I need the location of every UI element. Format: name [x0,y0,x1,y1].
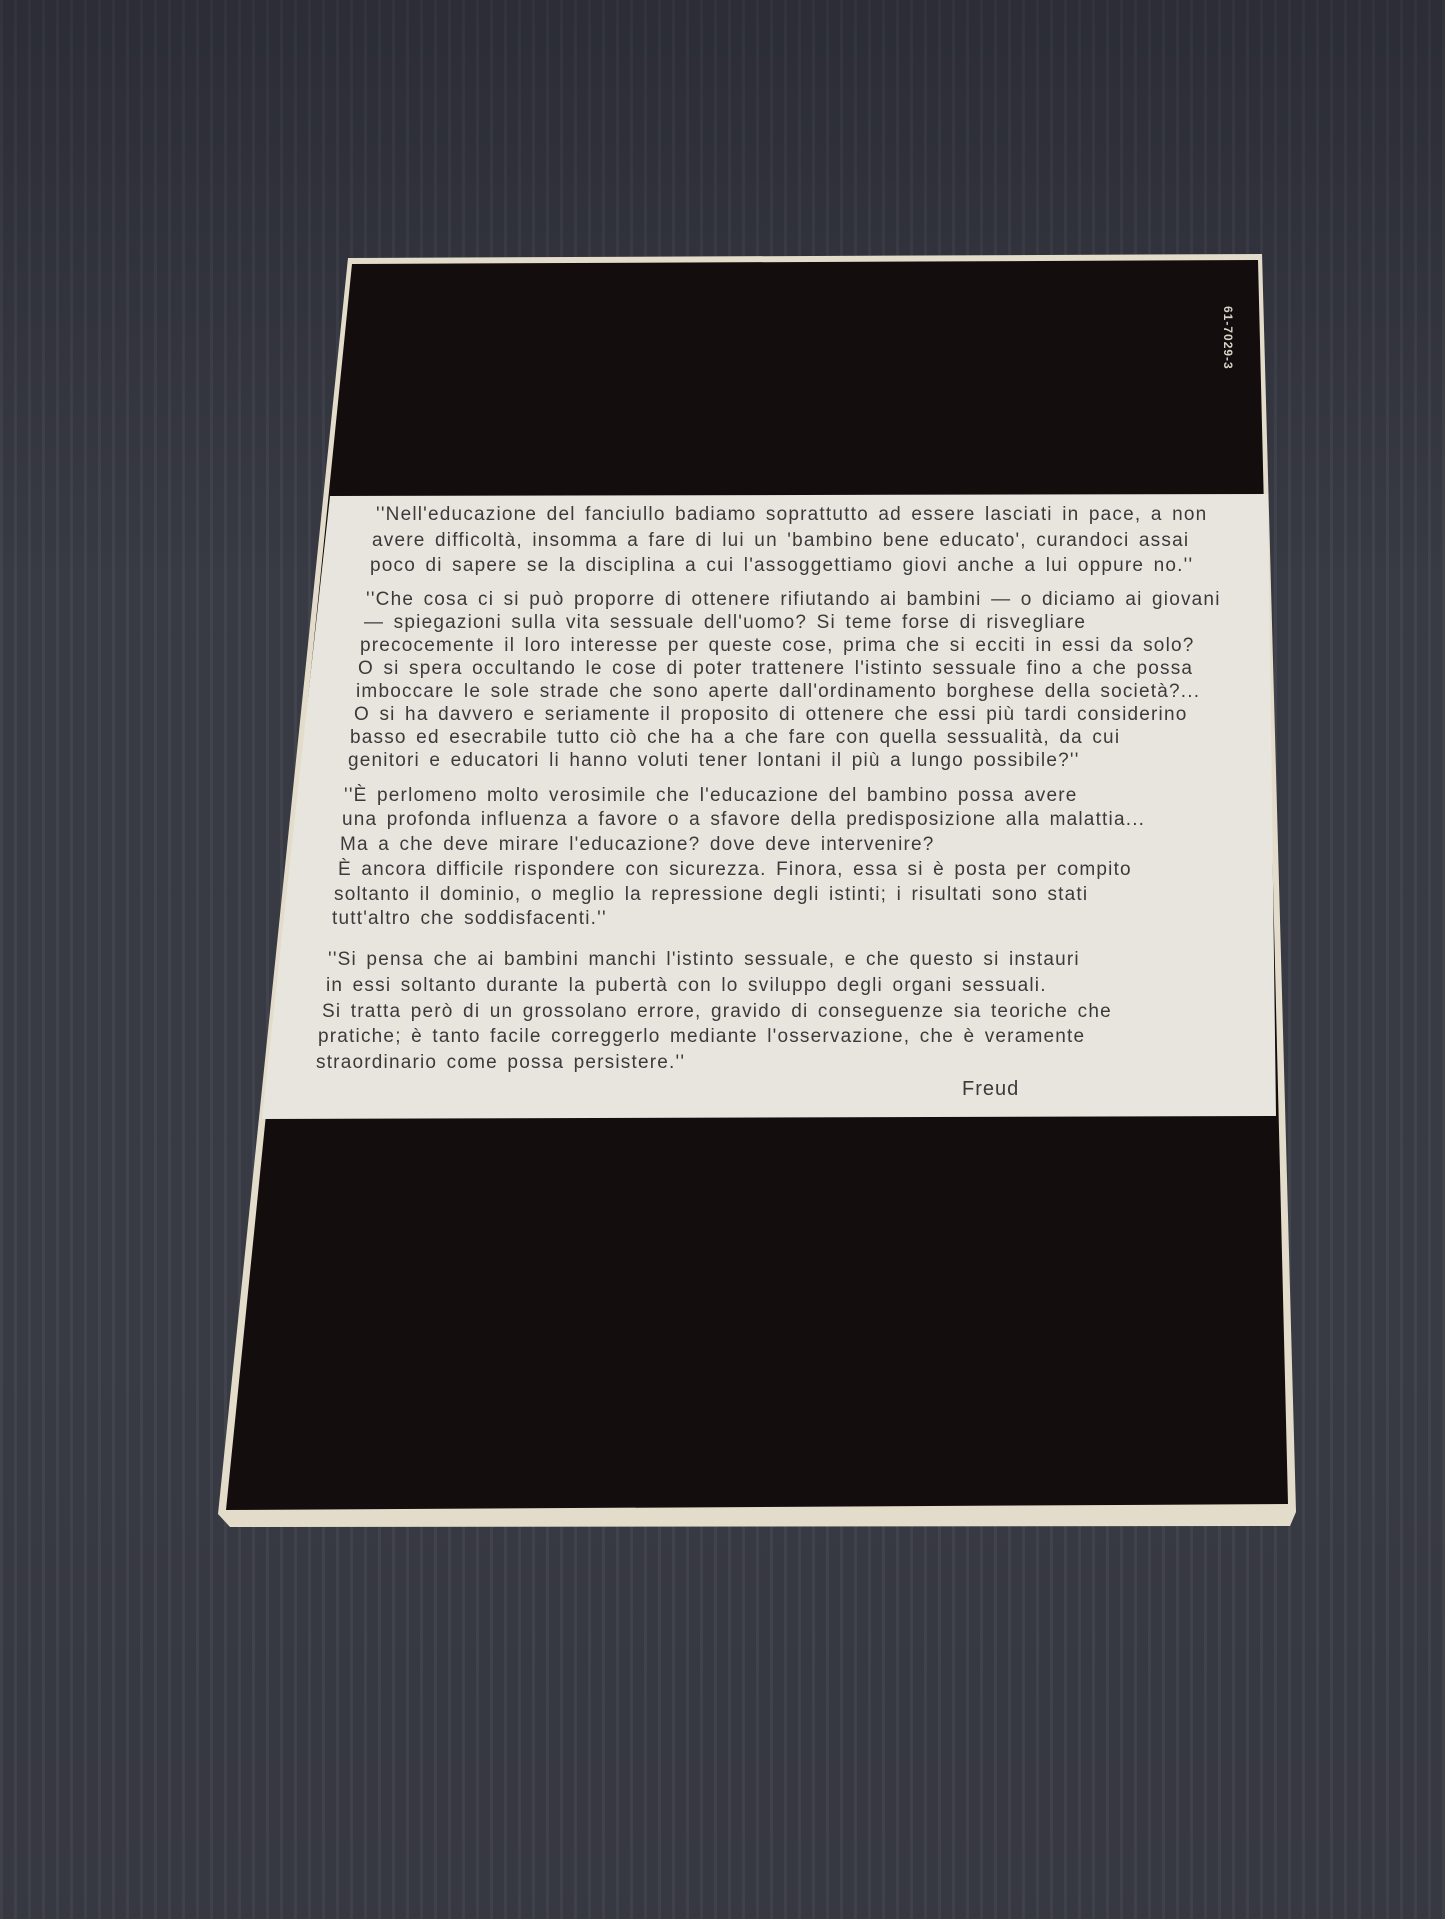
quote-line: — spiegazioni sulla vita sessuale dell'u… [364,612,1086,634]
quote-text-block: ''Nell'educazione del fanciullo badiamo … [0,0,1445,1919]
quote-line: È ancora difficile rispondere con sicure… [338,859,1132,881]
quote-line: precocemente il loro interesse per quest… [360,635,1195,657]
quote-line: straordinario come possa persistere.'' [316,1052,685,1074]
quote-line: genitori e educatori li hanno voluti ten… [348,750,1080,772]
quote-line: O si spera occultando le cose di poter t… [358,658,1193,680]
quote-line: basso ed esecrabile tutto ciò che ha a c… [350,727,1120,749]
quote-line: ''È perlomeno molto verosimile che l'edu… [344,785,1078,807]
quote-line: tutt'altro che soddisfacenti.'' [332,908,607,930]
quote-line: pratiche; è tanto facile correggerlo med… [318,1026,1085,1048]
quote-line: ''Nell'educazione del fanciullo badiamo … [376,504,1207,526]
quote-line: avere difficoltà, insomma a fare di lui … [372,530,1189,552]
quote-line: poco di sapere se la disciplina a cui l'… [370,555,1193,577]
quote-line: Si tratta però di un grossolano errore, … [322,1001,1112,1023]
quote-line: O si ha davvero e seriamente il proposit… [354,704,1188,726]
quote-line: ''Che cosa ci si può proporre di ottener… [366,589,1221,611]
quote-line: ''Si pensa che ai bambini manchi l'istin… [328,949,1080,971]
quote-line: in essi soltanto durante la pubertà con … [326,975,1047,997]
quote-line: una profonda influenza a favore o a sfav… [342,809,1145,831]
quote-line: imboccare le sole strade che sono aperte… [356,681,1200,703]
quote-line: soltanto il dominio, o meglio la repress… [334,884,1088,906]
quote-author: Freud [962,1078,1019,1101]
quote-line: Ma a che deve mirare l'educazione? dove … [340,834,935,856]
